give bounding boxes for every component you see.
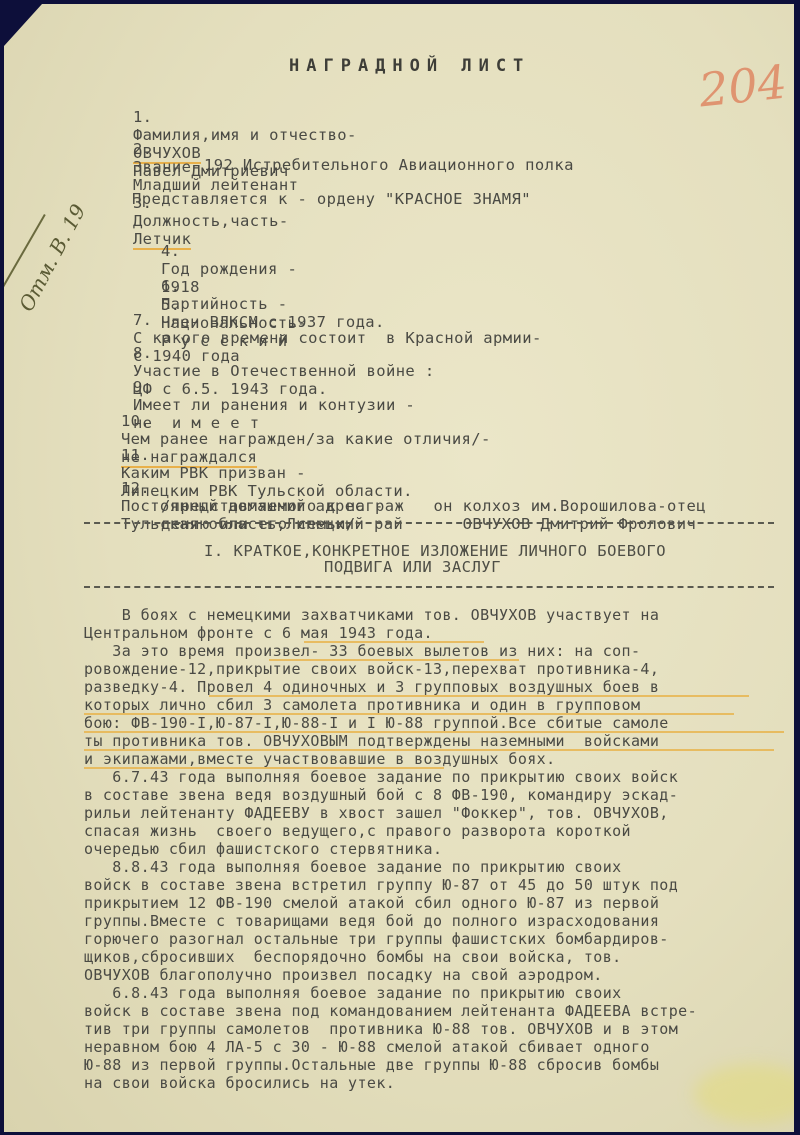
highlight-mark [84,749,774,751]
narrative-line: разведку-4. Провел 4 одиночных и 3 групп… [84,678,659,696]
award-line: Представляется к - ордену "КРАСНОЕ ЗНАМЯ… [132,190,531,208]
narrative-line: группы.Вместе с товарищами ведя бой до п… [84,912,659,930]
narrative-line: тив три группы самолетов противника Ю-88… [84,1020,678,1038]
document-title: НАГРАДНОЙ ЛИСТ [289,56,530,76]
margin-annotation: Отм. В. 19 [14,200,90,315]
archive-number: 204 [696,55,789,118]
narrative-line: Центральном фронте с 6 мая 1943 года. [84,624,433,642]
narrative-line: ОВЧУХОВ благополучно произвел посадку на… [84,966,603,984]
field-number: 2. [133,140,152,158]
narrative-line: которых лично сбил 3 самолета противника… [84,696,640,714]
paper-stain [694,1064,800,1124]
narrative-line: За это время произвел- 33 боевых вылетов… [84,642,640,660]
narrative-line: горючего разогнал остальные три группы ф… [84,930,669,948]
narrative-line: ровождение-12,прикрытие своих войск-13,п… [84,660,659,678]
narrative-line: щиков,сбросивших беспорядочно бомбы на с… [84,948,622,966]
father-name-value: ОВЧУХОВ Дмитрий Фролович [463,515,697,533]
narrative-line: 6.8.43 года выполняя боевое задание по п… [84,984,622,1002]
narrative-line: очередью сбил фашистского стервятника. [84,840,442,858]
narrative-line: и экипажами,вместе участвовавшие в возду… [84,750,556,768]
narrative-line: на свои войска бросились на утек. [84,1074,395,1092]
highlight-mark [304,641,484,643]
narrative-line: прикрытием 12 ФВ-190 смелой атакой сбил … [84,894,659,912]
narrative-line: бою: ФВ-190-I,Ю-87-I,Ю-88-I и I Ю-88 гру… [84,714,669,732]
highlight-mark [84,767,444,769]
section-title-cont: ПОДВИГА ИЛИ ЗАСЛУГ [324,558,501,576]
narrative-line: Ю-88 из первой группы.Остальные две груп… [84,1056,659,1074]
award-sheet-page: НАГРАДНОЙ ЛИСТ 204 Отм. В. 19 1. Фамилия… [4,4,794,1132]
field-label: дению или его семьи/ [161,515,356,533]
narrative-line: неравном бою 4 ЛА-5 с 30 - Ю-88 смелой а… [84,1038,650,1056]
highlight-mark [209,695,749,697]
narrative-line: войск в составе звена под командованием … [84,1002,697,1020]
narrative-line: войск в составе звена встретил группу Ю-… [84,876,678,894]
field-number: 4. [161,242,180,260]
narrative-line: 6.7.43 года выполняя боевое задание по п… [84,768,678,786]
field-label: Звание- [133,158,201,176]
narrative-line: В боях с немецкими захватчиками тов. ОВЧ… [84,606,659,624]
narrative-line: в составе звена ведя воздушный бой с 8 Ф… [84,786,678,804]
highlight-mark [84,713,734,715]
narrative-line: ты противника тов. ОВЧУХОВЫМ подтвержден… [84,732,659,750]
divider [84,522,774,524]
highlight-mark [269,659,519,661]
narrative-line: 8.8.43 года выполняя боевое задание по п… [84,858,622,876]
unit-line: 192 Истребительного Авиационного полка [204,156,574,174]
divider [84,586,774,588]
highlight-mark [84,731,784,733]
narrative-line: рильи лейтенанту ФАДЕЕВУ в хвост зашел "… [84,804,669,822]
narrative-line: спасая жизнь своего ведущего,с правого р… [84,822,631,840]
